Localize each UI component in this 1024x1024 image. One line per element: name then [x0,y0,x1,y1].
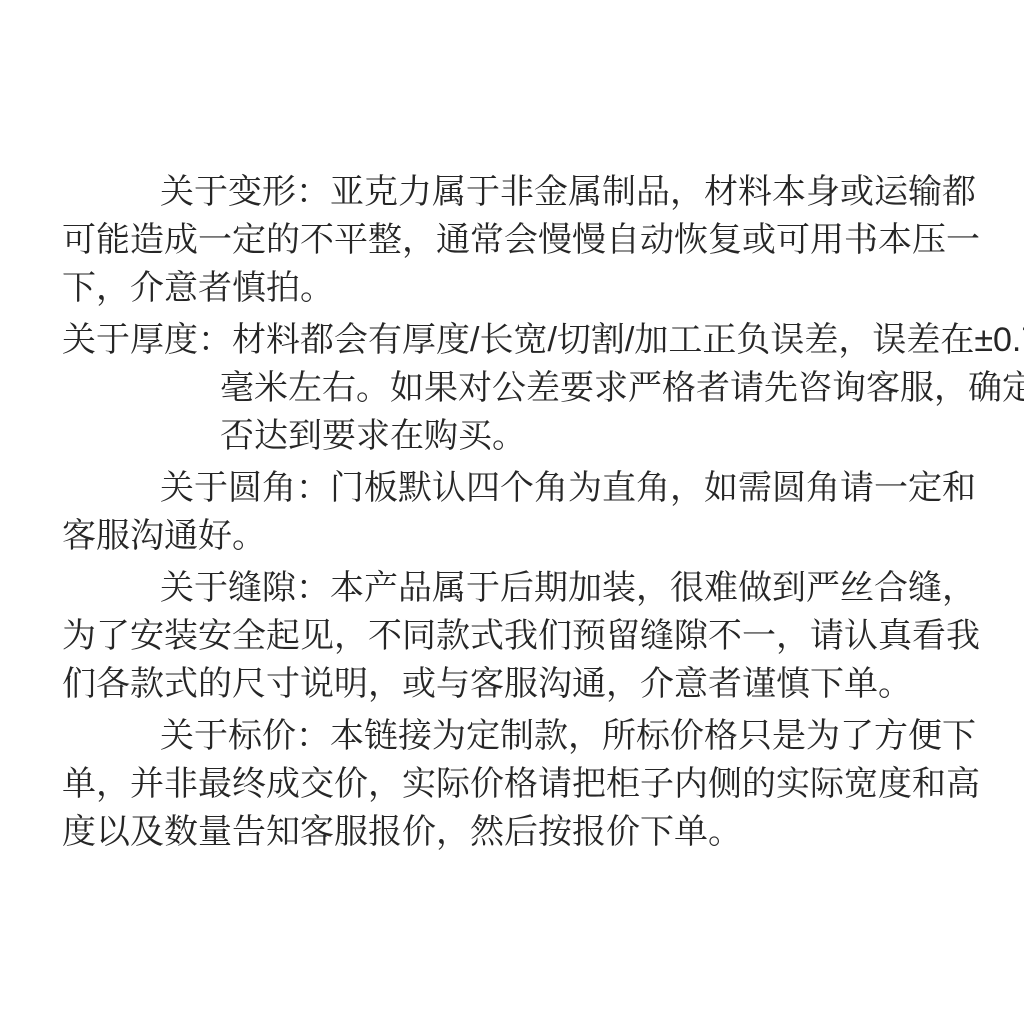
text-line: 毫米左右。如果对公差要求严格者请先咨询客服，确定能 [62,364,972,412]
text-line: 否达到要求在购买。 [62,412,972,460]
text-line: 们各款式的尺寸说明，或与客服沟通，介意者谨慎下单。 [62,660,972,708]
text-line: 单，并非最终成交价，实际价格请把柜子内侧的实际宽度和高 [62,760,972,808]
text-line: 客服沟通好。 [62,512,972,560]
paragraph-about-gaps: 关于缝隙：本产品属于后期加装，很难做到严丝合缝， 为了安装安全起见，不同款式我们… [62,564,972,708]
paragraph-about-pricing: 关于标价：本链接为定制款，所标价格只是为了方便下 单，并非最终成交价，实际价格请… [62,712,972,856]
text-line: 关于标价：本链接为定制款，所标价格只是为了方便下 [62,712,972,760]
product-notice-page: 关于变形：亚克力属于非金属制品，材料本身或运输都 可能造成一定的不平整，通常会慢… [0,0,1024,1024]
text-line: 关于圆角：门板默认四个角为直角，如需圆角请一定和 [62,464,972,512]
text-line: 可能造成一定的不平整，通常会慢慢自动恢复或可用书本压一 [62,216,972,264]
text-line: 关于厚度：材料都会有厚度/长宽/切割/加工正负误差，误差在±0.7 [62,316,972,364]
paragraph-about-deformation: 关于变形：亚克力属于非金属制品，材料本身或运输都 可能造成一定的不平整，通常会慢… [62,168,972,312]
text-line: 关于变形：亚克力属于非金属制品，材料本身或运输都 [62,168,972,216]
text-line: 度以及数量告知客服报价，然后按报价下单。 [62,808,972,856]
paragraph-about-rounded-corners: 关于圆角：门板默认四个角为直角，如需圆角请一定和 客服沟通好。 [62,464,972,560]
text-line: 关于缝隙：本产品属于后期加装，很难做到严丝合缝， [62,564,972,612]
notice-text-block: 关于变形：亚克力属于非金属制品，材料本身或运输都 可能造成一定的不平整，通常会慢… [62,168,972,860]
paragraph-about-thickness: 关于厚度：材料都会有厚度/长宽/切割/加工正负误差，误差在±0.7 毫米左右。如… [62,316,972,460]
text-line: 下，介意者慎拍。 [62,264,972,312]
text-line: 为了安装安全起见，不同款式我们预留缝隙不一，请认真看我 [62,612,972,660]
